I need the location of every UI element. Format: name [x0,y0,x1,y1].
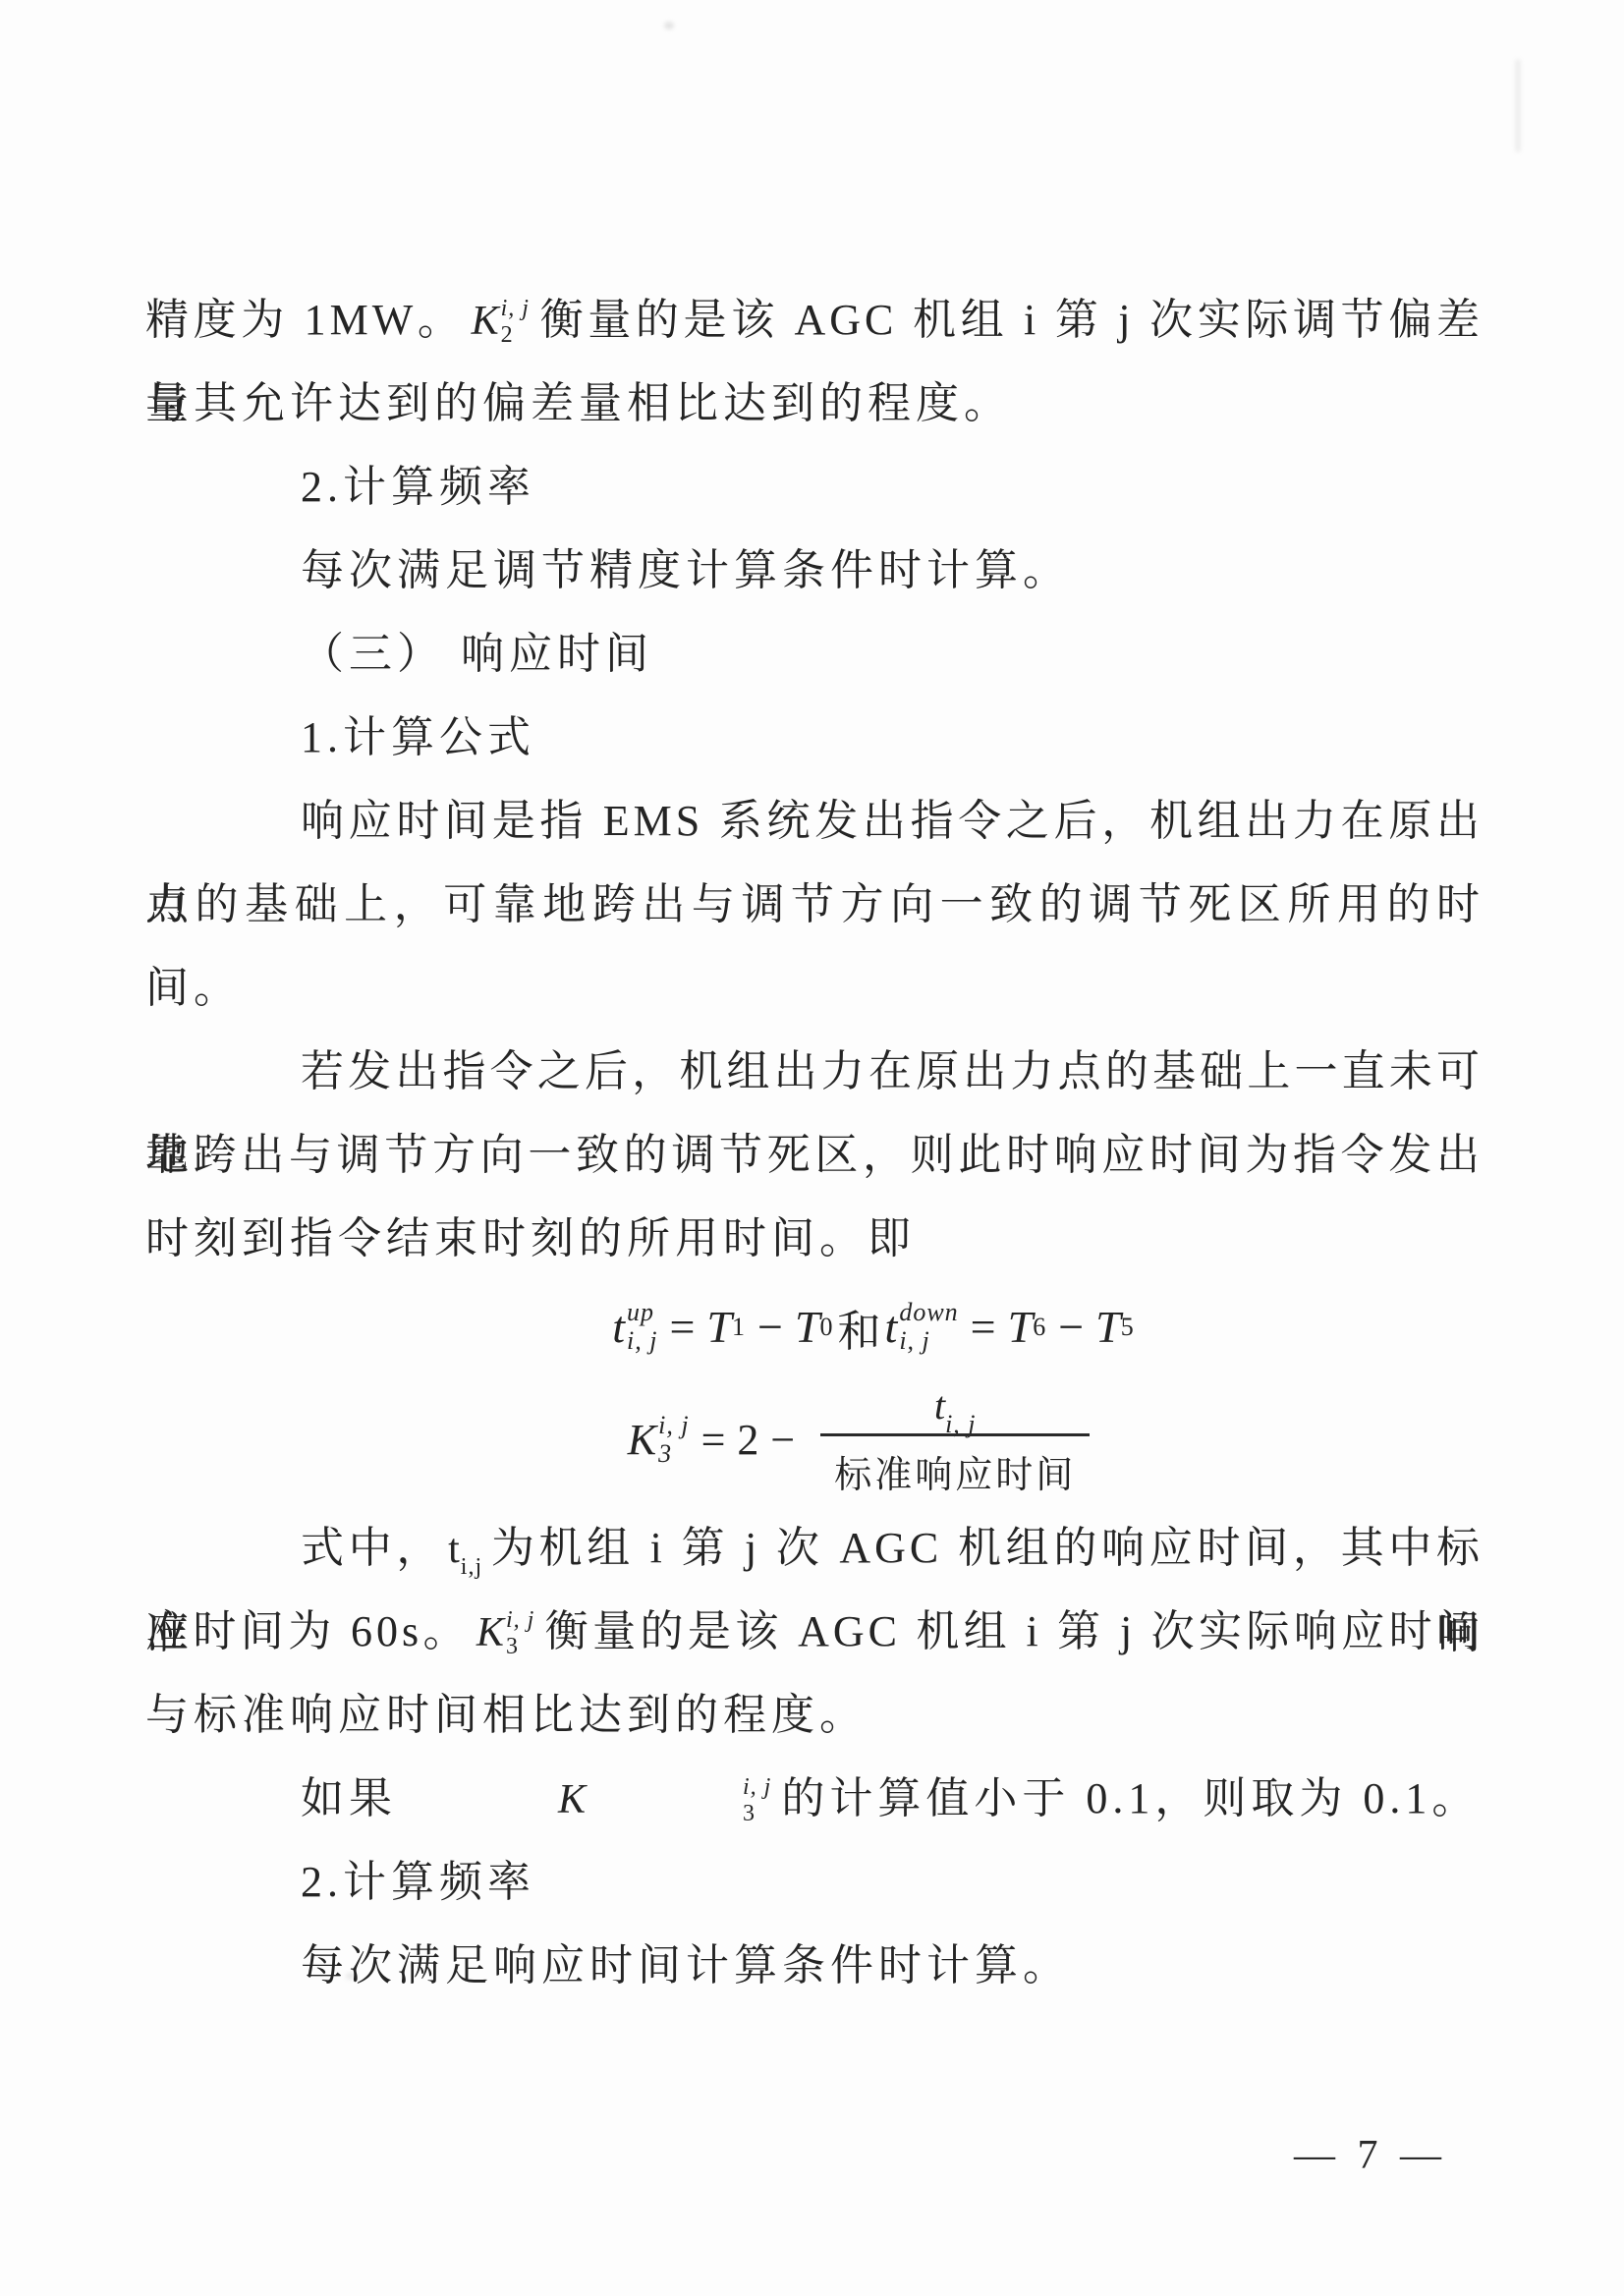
math-superscript: i, j [506,1608,534,1632]
scan-noise [664,22,674,29]
equation-response-time-definition: tupi, j = T1 − T0 和 tdowni, j = T6 − T5 [204,1280,1542,1373]
text-run: 精度为 1MW。 [145,296,466,344]
math-symbol-T: T [795,1301,820,1353]
math-symbol-K: K [476,1609,504,1656]
text-line-16: 如果Ki, j3的计算值小于 0.1，则取为 0.1。 [145,1757,1484,1840]
math-scripts: i, j3 [658,1413,689,1467]
heading-calc-frequency-1: 2.计算频率 [145,445,1484,529]
text-line-9: 间。 [145,946,1484,1030]
scan-noise [1515,59,1521,152]
formula-k3-inline: Ki, j3 [403,1775,771,1825]
math-superscript: i, j [588,1775,771,1799]
page-number: — 7 — [1294,2132,1447,2179]
text-run: 如果 [301,1774,397,1822]
math-superscript: up [627,1300,654,1325]
text-run: 应时间为 60s。 [145,1607,471,1655]
math-scripts: downi, j [899,1300,958,1354]
math-subscript: i, j [627,1328,657,1354]
math-scripts: i, j2 [501,297,530,347]
math-minus: − [770,1415,795,1465]
math-minus: − [1058,1301,1084,1353]
math-subscript: 3 [506,1635,519,1658]
math-equals: = [971,1301,996,1353]
heading-calc-formula: 1.计算公式 [145,696,1484,779]
math-symbol-T: T [706,1301,732,1353]
formula-k2-inline: Ki, j2 [472,297,530,347]
math-symbol-K: K [403,1776,586,1823]
math-equals: = [669,1301,695,1353]
math-equals: = [701,1415,726,1465]
text-run: 式中， [301,1524,444,1572]
math-fraction: ti, j 标准响应时间 [820,1382,1090,1498]
heading-calc-frequency-2: 2.计算频率 [145,1840,1484,1924]
formula-k3-inline: Ki, j3 [476,1608,534,1658]
math-subscript: 2 [501,323,514,347]
math-symbol-t: t [885,1301,898,1353]
math-subscript: i,j [461,1554,482,1580]
text-line-15: 与标准响应时间相比达到的程度。 [145,1673,1484,1757]
text-line-12: 时刻到指令结束时刻的所用时间。即 [145,1197,1484,1280]
text-line-11: 地跨出与调节方向一致的调节死区，则此时响应时间为指令发出 [145,1113,1484,1197]
math-connector-and: 和 [838,1296,881,1359]
math-symbol-t: t [448,1527,461,1572]
text-block: 精度为 1MW。Ki, j2衡量的是该 AGC 机组 i 第 j 次实际调节偏差… [145,278,1484,2007]
math-number-2: 2 [737,1415,758,1465]
fraction-numerator: ti, j [934,1382,977,1433]
math-minus: − [757,1301,783,1353]
formula-t-ij-inline: ti,j [448,1527,482,1572]
text-line-2: 与其允许达到的偏差量相比达到的程度。 [145,362,1484,445]
text-line-13: 式中，ti,j为机组 i 第 j 次 AGC 机组的响应时间，其中标准响 [145,1506,1484,1590]
text-line-1: 精度为 1MW。Ki, j2衡量的是该 AGC 机组 i 第 j 次实际调节偏差… [145,278,1484,362]
fraction-denominator: 标准响应时间 [820,1433,1090,1498]
math-symbol-K: K [628,1415,656,1465]
math-subscript: i, j [899,1328,929,1354]
math-scripts: i, j3 [506,1608,534,1658]
text-line-10: 若发出指令之后，机组出力在原出力点的基础上一直未可靠 [145,1030,1484,1113]
math-subscript: 3 [588,1802,756,1825]
math-symbol-T: T [1095,1301,1121,1353]
math-superscript: i, j [501,297,530,320]
text-run: 的计算值小于 0.1，则取为 0.1。 [781,1774,1480,1822]
text-line-14: 应时间为 60s。Ki, j3衡量的是该 AGC 机组 i 第 j 次实际响应时… [145,1590,1484,1673]
math-scripts: i, j3 [588,1775,771,1825]
equation-k3-score: Ki, j3 = 2 − ti, j 标准响应时间 [190,1373,1528,1506]
text-line-4: 每次满足调节精度计算条件时计算。 [145,529,1484,612]
text-run: 衡量的是该 AGC 机组 i 第 j 次实际响应时间 [544,1607,1484,1655]
text-line-7: 响应时间是指 EMS 系统发出指令之后，机组出力在原出力 [145,779,1484,863]
math-superscript: down [899,1300,958,1325]
text-line-18: 每次满足响应时间计算条件时计算。 [145,1924,1484,2007]
math-symbol-T: T [1008,1301,1034,1353]
math-symbol-K: K [472,298,499,345]
text-line-8: 点的基础上，可靠地跨出与调节方向一致的调节死区所用的时 [145,863,1484,946]
math-symbol-t: t [612,1301,625,1353]
math-superscript: i, j [658,1413,689,1438]
scanned-document-page: 精度为 1MW。Ki, j2衡量的是该 AGC 机组 i 第 j 次实际调节偏差… [0,0,1624,2296]
heading-section-3-response-time: （三） 响应时间 [145,612,1484,696]
math-symbol-t: t [934,1383,945,1428]
math-scripts: upi, j [627,1300,657,1354]
math-subscript: 3 [658,1441,672,1467]
